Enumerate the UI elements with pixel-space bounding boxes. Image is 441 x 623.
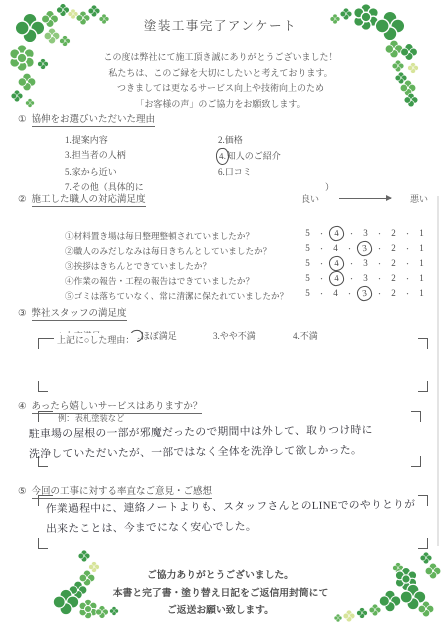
scale-dot: ・ bbox=[318, 229, 325, 239]
q1-option-1: 1.提案内容 bbox=[65, 133, 218, 148]
q1-options-row: 1.提案内容 2.価格 bbox=[65, 133, 428, 148]
q2-row-2-label: ②職人のみだしなみは毎日きちんとしていましたか？ bbox=[65, 246, 271, 256]
bracket-corner bbox=[418, 338, 428, 349]
intro-text: この度は弊社にて施工頂き誠にありがとうございました！ 私たちは、このご縁を大切に… bbox=[0, 50, 441, 112]
scale-good-label: 良い bbox=[301, 192, 319, 205]
q1-option-1-label: 提案内容 bbox=[72, 135, 108, 145]
q5-answer-box: 作業過程中に、連絡ノートよりも、スタッフさんとのLINEでのやりとりが 出来たこ… bbox=[38, 495, 428, 549]
q2-scale-header: 良い 悪い bbox=[301, 192, 428, 205]
survey-form-page: 塗装工事完了アンケート この度は弊社にて施工頂き誠にありがとうございました！ 私… bbox=[0, 0, 441, 623]
q2-row-1: ①材料置き場は毎日整理整頓されていましたか？ 5・4・3・2・1 bbox=[18, 226, 428, 241]
q2-row-1-label: ①材料置き場は毎日整理整頓されていましたか？ bbox=[65, 231, 254, 241]
q4-number: ④ bbox=[18, 401, 27, 412]
q1-option-5-label: 家から近い bbox=[72, 167, 117, 177]
q1-option-3-label: 担当者の人柄 bbox=[72, 150, 126, 160]
bracket-corner bbox=[418, 495, 428, 506]
q2-row-5-label: ⑤ゴミは落ちていなく、常に清潔に保たれていましたか？ bbox=[65, 291, 288, 301]
scale-dot: ・ bbox=[404, 259, 411, 269]
q1-option-2-number: 2. bbox=[218, 133, 225, 148]
scale-1: 1 bbox=[415, 242, 428, 255]
footer-line: 本書と完了書・塗り替え日記をご返信用封筒にて bbox=[0, 585, 441, 603]
intro-line: 私たちは、このご縁を大切にしたいと考えております。 bbox=[0, 66, 441, 82]
q1-heading: ① 協伸をお選びいただいた理由 bbox=[18, 111, 428, 127]
footer-line: ご返送お願い致します。 bbox=[0, 602, 441, 620]
q1-option-6-number: 6. bbox=[218, 165, 225, 180]
scale-dot: ・ bbox=[404, 289, 411, 299]
q1-option-5: 5.家から近い bbox=[65, 165, 218, 180]
scale-3: 3 bbox=[359, 272, 372, 285]
scale-dot: ・ bbox=[376, 229, 383, 239]
scale-5: 5 bbox=[301, 272, 314, 285]
scale-dot: ・ bbox=[404, 229, 411, 239]
q1-options: 1.提案内容 2.価格 3.担当者の人柄 4.知人のご紹介 5.家から近い 6.… bbox=[65, 133, 428, 195]
scale-5: 5 bbox=[301, 227, 314, 240]
q2-row-5: ⑤ゴミは落ちていなく、常に清潔に保たれていましたか？ 5・4・3・2・1 bbox=[18, 286, 428, 301]
q1-number: ① bbox=[18, 114, 27, 125]
q5-number: ⑤ bbox=[18, 486, 27, 497]
q1-options-row: 5.家から近い 6.口コミ bbox=[65, 165, 428, 180]
q1-option-4-number: 4. bbox=[215, 147, 229, 165]
q2-heading-text: 施工した職人の対応満足度 bbox=[32, 191, 146, 207]
scale-5: 5 bbox=[301, 242, 314, 255]
scale-5: 5 bbox=[301, 287, 314, 300]
scale-3: 3 bbox=[356, 240, 373, 257]
bracket-corner bbox=[418, 381, 428, 392]
q1-option-6: 6.口コミ bbox=[218, 165, 252, 180]
q1-option-4: 4.知人のご紹介 bbox=[218, 148, 281, 165]
bracket-corner bbox=[38, 381, 48, 392]
scale-2: 2 bbox=[387, 227, 400, 240]
scale-4: 4 bbox=[329, 242, 342, 255]
q2-row-4-scale: 5・4・3・2・1 bbox=[301, 271, 428, 286]
q1-option-4-label: 知人のご紹介 bbox=[227, 151, 281, 161]
scale-1: 1 bbox=[415, 227, 428, 240]
q2-row-2: ②職人のみだしなみは毎日きちんとしていましたか？ 5・4・3・2・1 bbox=[18, 241, 428, 256]
scale-dot: ・ bbox=[346, 244, 353, 254]
question-1-section: ① 協伸をお選びいただいた理由 1.提案内容 2.価格 3.担当者の人柄 4.知… bbox=[18, 111, 428, 195]
handwritten-line: 出来たことは、今までになく安心でした。 bbox=[46, 515, 416, 540]
q3-heading: ③ 弊社スタッフの満足度 bbox=[18, 305, 428, 321]
scale-dot: ・ bbox=[346, 289, 353, 299]
scale-3: 3 bbox=[356, 285, 373, 302]
q2-row-4-label: ④作業の報告・工程の報告はできていましたか？ bbox=[65, 276, 254, 286]
scale-bad-label: 悪い bbox=[410, 192, 428, 205]
scale-3: 3 bbox=[359, 227, 372, 240]
q2-row-3: ③挨拶はきちんとできていましたか？ 5・4・3・2・1 bbox=[18, 256, 428, 271]
q1-option-3: 3.担当者の人柄 bbox=[65, 148, 218, 165]
scale-dot: ・ bbox=[376, 274, 383, 284]
scale-1: 1 bbox=[415, 287, 428, 300]
q2-rows: ①材料置き場は毎日整理整頓されていましたか？ 5・4・3・2・1 ②職人のみだし… bbox=[18, 226, 428, 301]
q1-option-5-number: 5. bbox=[65, 165, 72, 180]
q5-handwritten-answer: 作業過程中に、連絡ノートよりも、スタッフさんとのLINEでのやりとりが 出来たこ… bbox=[46, 495, 416, 540]
scale-1: 1 bbox=[415, 272, 428, 285]
q3-heading-text: 弊社スタッフの満足度 bbox=[32, 305, 127, 321]
arrow-right-icon bbox=[339, 198, 391, 199]
scale-3: 3 bbox=[359, 257, 372, 270]
q2-row-1-scale: 5・4・3・2・1 bbox=[301, 226, 428, 241]
q4-answer-box: 例：表札塗装など 駐車場の屋根の一部が邪魔だったので期間中は外して、取りつけ時に… bbox=[38, 411, 421, 467]
bracket-corner bbox=[38, 411, 53, 422]
scale-dot: ・ bbox=[376, 289, 383, 299]
scale-dot: ・ bbox=[348, 229, 355, 239]
q2-row-5-scale: 5・4・3・2・1 bbox=[301, 286, 428, 301]
scale-2: 2 bbox=[387, 257, 400, 270]
q2-row-3-scale: 5・4・3・2・1 bbox=[301, 256, 428, 271]
scale-4: 4 bbox=[328, 225, 345, 242]
q1-option-3-number: 3. bbox=[65, 148, 72, 163]
q2-row-4: ④作業の報告・工程の報告はできていましたか？ 5・4・3・2・1 bbox=[18, 271, 428, 286]
q1-option-1-number: 1. bbox=[65, 133, 72, 148]
q3-reason-box: 上記に○した理由： bbox=[38, 338, 428, 392]
q4-handwritten-answer: 駐車場の屋根の一部が邪魔だったので期間中は外して、取りつけ時に 洗浄していただい… bbox=[29, 420, 429, 465]
scale-dot: ・ bbox=[404, 244, 411, 254]
bracket-corner bbox=[38, 538, 48, 549]
bracket-corner bbox=[418, 538, 428, 549]
scale-4: 4 bbox=[328, 270, 345, 287]
q1-option-2-label: 価格 bbox=[225, 135, 243, 145]
q4-example-text: 例：表札塗装など bbox=[58, 412, 124, 424]
scale-dot: ・ bbox=[404, 274, 411, 284]
scale-dot: ・ bbox=[318, 289, 325, 299]
q3-number: ③ bbox=[18, 308, 27, 319]
question-2-section: ② 施工した職人の対応満足度 良い 悪い ①材料置き場は毎日整理整頓されていまし… bbox=[18, 191, 428, 301]
q3-reason-label: 上記に○した理由： bbox=[54, 333, 137, 346]
footer-line: ご協力ありがとうございました。 bbox=[0, 567, 441, 585]
page-title: 塗装工事完了アンケート bbox=[0, 16, 441, 34]
scale-2: 2 bbox=[387, 272, 400, 285]
scale-dot: ・ bbox=[376, 244, 383, 254]
scale-4: 4 bbox=[329, 287, 342, 300]
q2-row-2-scale: 5・4・3・2・1 bbox=[301, 241, 428, 256]
scan-artifact-line bbox=[437, 196, 439, 546]
scale-dot: ・ bbox=[348, 259, 355, 269]
q1-options-row: 3.担当者の人柄 4.知人のご紹介 bbox=[65, 148, 428, 165]
scale-dot: ・ bbox=[318, 274, 325, 284]
q2-row-3-label: ③挨拶はきちんとできていましたか？ bbox=[65, 261, 211, 271]
scale-2: 2 bbox=[387, 242, 400, 255]
scale-4: 4 bbox=[328, 255, 345, 272]
intro-line: つきましては更なるサービス向上や技術向上のため bbox=[0, 81, 441, 97]
scale-dot: ・ bbox=[318, 244, 325, 254]
q2-number: ② bbox=[18, 194, 27, 205]
q1-option-6-label: 口コミ bbox=[225, 167, 252, 177]
q1-option-2: 2.価格 bbox=[218, 133, 243, 148]
scale-5: 5 bbox=[301, 257, 314, 270]
intro-line: この度は弊社にて施工頂き誠にありがとうございました！ bbox=[0, 50, 441, 66]
scale-1: 1 bbox=[415, 257, 428, 270]
scale-2: 2 bbox=[387, 287, 400, 300]
q1-heading-text: 協伸をお選びいただいた理由 bbox=[32, 111, 156, 127]
handwritten-line: 洗浄していただいたが、一部ではなく全体を洗浄して欲しかった。 bbox=[29, 440, 429, 465]
footer-text: ご協力ありがとうございました。 本書と完了書・塗り替え日記をご返信用封筒にて ご… bbox=[0, 567, 441, 620]
intro-line: 「お客様の声」のご協力をお願致します。 bbox=[0, 97, 441, 113]
scale-dot: ・ bbox=[318, 259, 325, 269]
scale-dot: ・ bbox=[348, 274, 355, 284]
scale-dot: ・ bbox=[376, 259, 383, 269]
